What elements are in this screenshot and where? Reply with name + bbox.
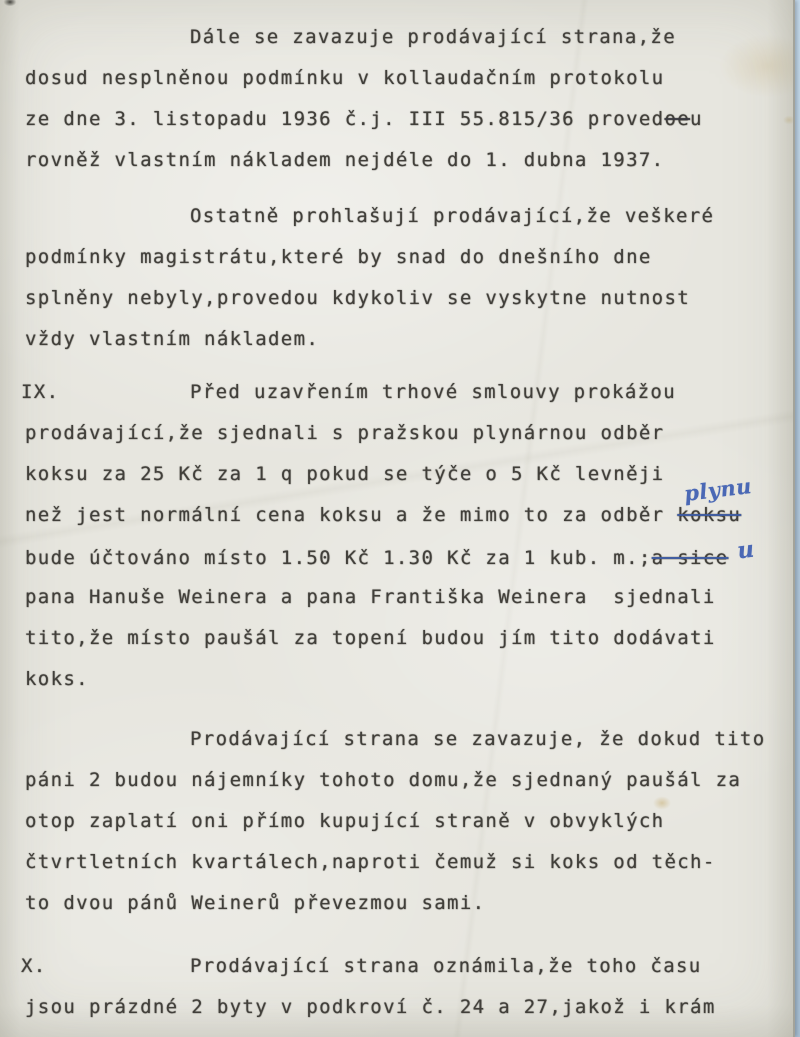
paragraph: IX.Před uzavřením trhové smlouvy prokážo… [25,372,770,700]
text-line: prodávající,že sjednali s pražskou plyná… [25,413,770,454]
text-line: Před uzavřením trhové smlouvy prokážou [25,372,770,413]
paragraph: Dále se zavazuje prodávající strana,žedo… [25,17,770,181]
paragraph: Ostatně prohlašují prodávající,že vešker… [25,196,770,360]
text-line: koksu za 25 Kč za 1 q pokud se týče o 5 … [25,454,770,495]
text-segment: prodávající,že sjednali s pražskou plyná… [25,422,664,444]
text-segment: dosud nesplněnou podmínku v kollaudačním… [25,67,664,89]
text-segment: Prodávající strana oznámila,že toho času [190,955,702,977]
text-segment: koks. [25,668,89,690]
text-segment: Dále se zavazuje prodávající strana,že [190,26,676,48]
struck-text: a sice [652,547,729,569]
text-segment: u [690,108,703,130]
text-line: Ostatně prohlašují prodávající,že vešker… [25,196,770,237]
text-line: ze dne 3. listopadu 1936 č.j. III 55.815… [25,99,770,140]
text-line: tito,že místo paušál za topení budou jím… [25,618,770,659]
text-line: to dvou pánů Weinerů převezmou sami. [25,883,770,924]
struck-text: oe [664,108,690,130]
text-segment: Před uzavřením trhové smlouvy prokážou [190,381,676,403]
text-line: Dále se zavazuje prodávající strana,že [25,17,770,58]
text-segment: tito,že místo paušál za topení budou jím… [25,627,716,649]
document-page: Dále se zavazuje prodávající strana,žedo… [0,0,795,1037]
text-line: bude účtováno místo 1.50 Kč 1.30 Kč za 1… [25,536,770,577]
text-line: než jest normální cena koksu a že mimo t… [25,495,770,536]
text-line: páni 2 budou nájemníky tohoto domu,že sj… [25,760,770,801]
paragraph: X.Prodávající strana oznámila,že toho ča… [25,946,770,1028]
text-line: jsou prázdné 2 byty v podkroví č. 24 a 2… [25,987,770,1028]
text-line: rovněž vlastním nákladem nejdéle do 1. d… [25,140,770,181]
text-segment: páni 2 budou nájemníky tohoto domu,že sj… [25,769,741,791]
handwritten-annotation: plynu [682,465,754,514]
text-line: vždy vlastním nákladem. [25,319,770,360]
text-segment: pana Hanuše Weinera a pana Františka Wei… [25,586,716,608]
text-segment: to dvou pánů Weinerů převezmou sami. [25,892,485,914]
handwritten-annotation: u [726,528,758,572]
text-segment: Prodávající strana se zavazuje, že dokud… [190,728,766,750]
text-segment: koksu za 25 Kč za 1 q pokud se týče o 5 … [25,463,664,485]
paragraph: Prodávající strana se zavazuje, že dokud… [25,719,770,924]
text-segment: vždy vlastním nákladem. [25,328,319,350]
text-segment: čtvrtletních kvartálech,naproti čemuž si… [25,851,716,873]
text-line: Prodávající strana se zavazuje, že dokud… [25,719,770,760]
text-segment: podmínky magistrátu,které by snad do dne… [25,246,652,268]
text-line: koks. [25,659,770,700]
text-line: podmínky magistrátu,které by snad do dne… [25,237,770,278]
text-line: čtvrtletních kvartálech,naproti čemuž si… [25,842,770,883]
text-line: dosud nesplněnou podmínku v kollaudačním… [25,58,770,99]
text-line: pana Hanuše Weinera a pana Františka Wei… [25,577,770,618]
text-segment: jsou prázdné 2 byty v podkroví č. 24 a 2… [25,996,716,1018]
text-segment: rovněž vlastním nákladem nejdéle do 1. d… [25,149,664,171]
text-line: otop zaplatí oni přímo kupující straně v… [25,801,770,842]
document-content: Dále se zavazuje prodávající strana,žedo… [25,17,770,1028]
text-segment: Ostatně prohlašují prodávající,že vešker… [190,205,714,227]
text-segment: ze dne 3. listopadu 1936 č.j. III 55.815… [25,108,664,130]
text-segment: bude účtováno místo 1.50 Kč 1.30 Kč za 1… [25,547,652,569]
text-segment: splněny nebyly,provedou kdykoliv se vysk… [25,287,690,309]
text-segment: než jest normální cena koksu a že mimo t… [25,504,677,526]
text-segment: otop zaplatí oni přímo kupující straně v… [25,810,664,832]
text-line: Prodávající strana oznámila,že toho času [25,946,770,987]
text-line: splněny nebyly,provedou kdykoliv se vysk… [25,278,770,319]
